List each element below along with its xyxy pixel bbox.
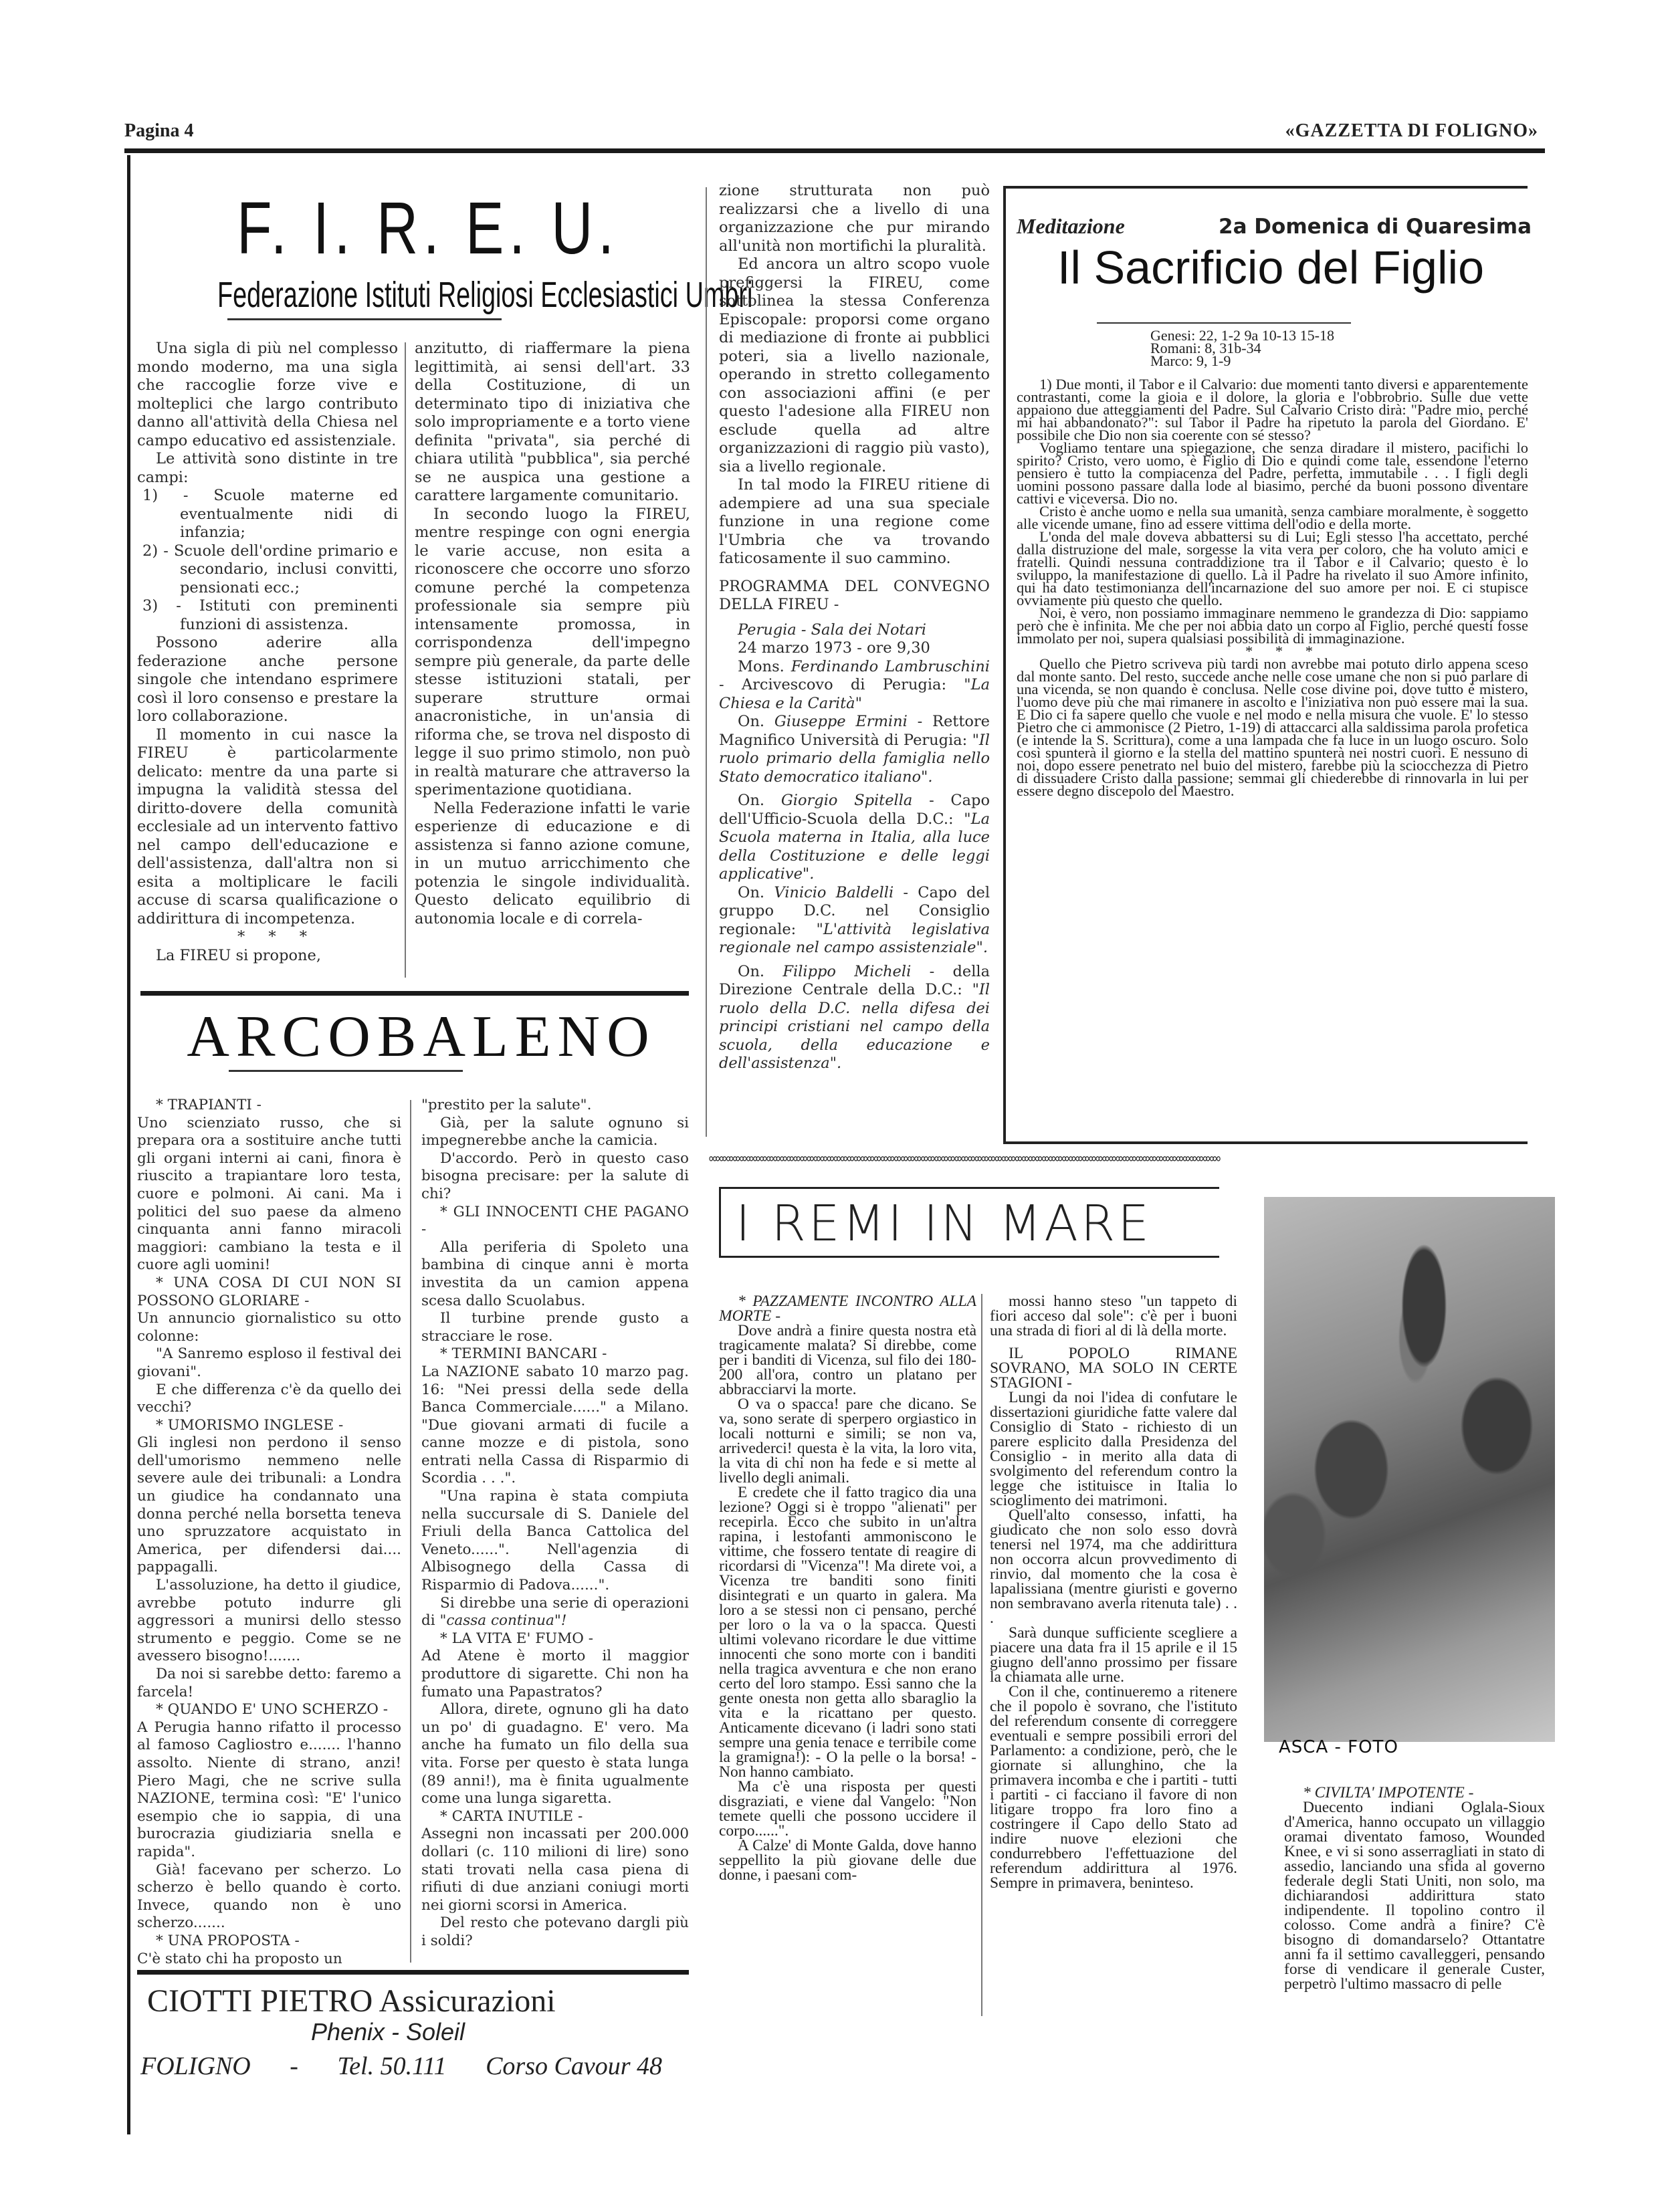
paragraph: In tal modo la FIREU ritiene di adempier… bbox=[719, 476, 990, 568]
paragraph: Duecento indiani Oglala-Sioux d'America,… bbox=[1284, 1800, 1545, 1991]
title-underline bbox=[1097, 322, 1351, 324]
paragraph: Il momento in cui nasce la FIREU è parti… bbox=[137, 726, 398, 929]
paragraph: D'accordo. Però in questo caso bisogna p… bbox=[421, 1150, 689, 1204]
meditation-header: Meditazione 2a Domenica di Quaresima bbox=[1017, 214, 1532, 239]
program-speaker: On. Giuseppe Ermini - Rettore Magnifico … bbox=[719, 713, 990, 786]
paragraph: Una sigla di più nel complesso mondo mod… bbox=[137, 340, 398, 450]
speaker-title: Mons. bbox=[738, 658, 785, 675]
program-speaker: On. Giorgio Spitella - Capo dell'Ufficio… bbox=[719, 792, 990, 884]
meditation-body: 1) Due monti, il Tabor e il Calvario: du… bbox=[1017, 378, 1528, 797]
paragraph: Già, per la salute ognuno si impegnerebb… bbox=[421, 1115, 689, 1150]
meditation-title: Il Sacrificio del Figlio bbox=[1017, 241, 1525, 294]
masthead-rule bbox=[124, 148, 1545, 153]
arcobaleno-column-2: "prestito per la salute". Già, per la sa… bbox=[421, 1097, 689, 1951]
remi-column-3: * CIVILTA' IMPOTENTE - Duecento indiani … bbox=[1284, 1785, 1545, 1991]
ad-rule bbox=[137, 1970, 689, 1975]
item-heading: IL POPOLO RIMANE SOVRANO, MA SOLO IN CER… bbox=[990, 1346, 1237, 1390]
program-venue: Perugia - Sala dei Notari bbox=[719, 621, 990, 640]
section-rule bbox=[140, 991, 689, 996]
ad-address: Corso Cavour 48 bbox=[486, 2052, 662, 2081]
paragraph: Vogliamo tentare una spiegazione, che se… bbox=[1017, 441, 1528, 505]
paragraph: Con il che, continueremo a ritenere che … bbox=[990, 1684, 1237, 1890]
remi-headline: I REMI IN MARE bbox=[736, 1195, 1152, 1252]
paragraph: Il turbine prende gusto a stracciare le … bbox=[421, 1310, 689, 1345]
speaker-title: On. bbox=[738, 963, 764, 980]
arcobaleno-headline: ARCOBALENO bbox=[134, 1003, 709, 1071]
newspaper-name: «GAZZETTA DI FOLIGNO» bbox=[1285, 120, 1538, 142]
program-heading: PROGRAMMA DEL CONVEGNO DELLA FIREU - bbox=[719, 578, 990, 615]
item-heading: * LA VITA E' FUMO - bbox=[421, 1630, 689, 1648]
paragraph: E credete che il fatto tragico dia una l… bbox=[719, 1485, 976, 1779]
paragraph: Alla periferia di Spoleto una bambina di… bbox=[421, 1239, 689, 1310]
list-item: 2) - Scuole dell'ordine primario e secon… bbox=[137, 542, 398, 598]
paragraph: Ma c'è una risposta per questi disgrazia… bbox=[719, 1779, 976, 1838]
program-date: 24 marzo 1973 - ore 9,30 bbox=[719, 639, 990, 658]
headline-underline bbox=[229, 1070, 463, 1072]
item-heading: * PAZZAMENTE INCONTRO ALLA MORTE - bbox=[719, 1294, 976, 1323]
liturgical-date: 2a Domenica di Quaresima bbox=[1219, 215, 1532, 239]
page-number: Pagina 4 bbox=[124, 120, 193, 142]
paragraph: Lungi da noi l'idea di confutare le diss… bbox=[990, 1390, 1237, 1508]
decorative-chain-border: ∞∞∞∞∞∞∞∞∞∞∞∞∞∞∞∞∞∞∞∞∞∞∞∞∞∞∞∞∞∞∞∞∞∞∞∞∞∞∞∞… bbox=[709, 1150, 1545, 1162]
speaker-name: Giuseppe Ermini bbox=[774, 713, 908, 730]
paragraph: C'è stato chi ha proposto un bbox=[137, 1951, 401, 1969]
fireu-column-3: zione strutturata non può realizzarsi ch… bbox=[719, 182, 990, 1073]
item-heading: * CARTA INUTILE - bbox=[421, 1808, 689, 1826]
program-speaker: On. Filippo Micheli - della Direzione Ce… bbox=[719, 963, 990, 1073]
fireu-column-1: Una sigla di più nel complesso mondo mod… bbox=[137, 340, 398, 965]
column-divider bbox=[981, 1294, 982, 2016]
ad-contact: FOLIGNO - Tel. 50.111 Corso Cavour 48 bbox=[140, 2052, 662, 2081]
paragraph: Ed ancora un altro scopo vuole prefigger… bbox=[719, 255, 990, 476]
column-divider bbox=[410, 1100, 411, 1963]
separator: - bbox=[290, 2052, 298, 2081]
item-heading: * TRAPIANTI - bbox=[137, 1097, 401, 1115]
item-heading: * UMORISMO INGLESE - bbox=[137, 1417, 401, 1435]
paragraph: Del resto che potevano dargli più i sold… bbox=[421, 1914, 689, 1950]
speaker-title: On. bbox=[738, 792, 764, 809]
paragraph: Uno scienziato russo, che si prepara ora… bbox=[137, 1115, 401, 1275]
photo-credit: ASCA - FOTO bbox=[1279, 1737, 1398, 1757]
paragraph: Quello che Pietro scriveva più tardi non… bbox=[1017, 657, 1528, 797]
fireu-subheadline: Federazione Istituti Religiosi Ecclesias… bbox=[217, 274, 639, 316]
ad-phone: Tel. 50.111 bbox=[338, 2052, 447, 2081]
arcobaleno-column-1: * TRAPIANTI - Uno scienziato russo, che … bbox=[137, 1097, 401, 1968]
paragraph: "prestito per la salute". bbox=[421, 1097, 689, 1115]
remi-column-1: * PAZZAMENTE INCONTRO ALLA MORTE - Dove … bbox=[719, 1294, 976, 1882]
speaker-title: On. bbox=[738, 884, 764, 901]
speaker-role: - Arcivescovo di Perugia: bbox=[719, 676, 964, 693]
paragraph: zione strutturata non può realizzarsi ch… bbox=[719, 182, 990, 255]
paragraph: In secondo luogo la FIREU, mentre respin… bbox=[415, 506, 690, 800]
activity-list: 1) - Scuole materne ed eventualmente nid… bbox=[137, 487, 398, 634]
remi-column-2: mossi hanno steso "un tappeto di fiori a… bbox=[990, 1294, 1237, 1890]
fireu-headline: F. I. R. E. U. bbox=[199, 186, 657, 271]
paragraph: Cristo è anche uomo e nella sua umanità,… bbox=[1017, 505, 1528, 530]
paragraph: A Calze' di Monte Galda, dove hanno sepp… bbox=[719, 1838, 976, 1882]
paragraph: "Una rapina è stata compiuta nella succu… bbox=[421, 1488, 689, 1595]
section-stars: * * * bbox=[137, 928, 398, 947]
paragraph: Gli inglesi non perdono il senso dell'um… bbox=[137, 1434, 401, 1577]
list-item: 3) - Istituti con preminenti funzioni di… bbox=[137, 597, 398, 634]
paragraph: Allora, direte, ognuno gli ha dato un po… bbox=[421, 1701, 689, 1808]
paragraph: Si direbbe una serie di operazioni di "c… bbox=[421, 1595, 689, 1630]
paragraph: Assegni non incassati per 200.000 dollar… bbox=[421, 1826, 689, 1914]
speaker-title: On. bbox=[738, 713, 764, 730]
paragraph: Ad Atene è morto il maggior produttore d… bbox=[421, 1648, 689, 1701]
news-photo bbox=[1264, 1197, 1555, 1742]
ad-headline: CIOTTI PIETRO Assicurazioni bbox=[147, 1983, 556, 2019]
paragraph: E che differenza c'è da quello dei vecch… bbox=[137, 1381, 401, 1417]
program-speaker: Mons. Ferdinando Lambruschini - Arcivesc… bbox=[719, 658, 990, 713]
ad-brands: Phenix - Soleil bbox=[221, 2018, 555, 2046]
item-heading: * CIVILTA' IMPOTENTE - bbox=[1284, 1785, 1545, 1800]
paragraph: L'onda del male doveva abbattersi su di … bbox=[1017, 530, 1528, 606]
meditation-label: Meditazione bbox=[1017, 214, 1125, 239]
paragraph: 1) Due monti, il Tabor e il Calvario: du… bbox=[1017, 378, 1528, 441]
scripture-refs: Genesi: 22, 1-2 9a 10-13 15-18 Romani: 8… bbox=[1150, 329, 1334, 367]
paragraph: Quell'alto consesso, infatti, ha giudica… bbox=[990, 1508, 1237, 1626]
paragraph: Nella Federazione infatti le varie esper… bbox=[415, 800, 690, 929]
paragraph: La FIREU si propone, bbox=[137, 947, 398, 966]
paragraph: Noi, è vero, non possiamo immaginare nem… bbox=[1017, 606, 1528, 645]
column-divider bbox=[706, 187, 707, 1137]
paragraph: O va o spacca! pare che dicano. Se va, s… bbox=[719, 1397, 976, 1485]
paragraph: L'assoluzione, ha detto il giudice, avre… bbox=[137, 1577, 401, 1666]
left-frame-rule bbox=[127, 155, 130, 2134]
paragraph: Dove andrà a finire questa nostra età tr… bbox=[719, 1323, 976, 1397]
item-heading: * QUANDO E' UNO SCHERZO - bbox=[137, 1701, 401, 1719]
paragraph: Da noi si sarebbe detto: faremo a farcel… bbox=[137, 1666, 401, 1701]
speaker-name: Ferdinando Lambruschini bbox=[791, 658, 990, 675]
headline-underline bbox=[227, 318, 502, 320]
paragraph: mossi hanno steso "un tappeto di fiori a… bbox=[990, 1294, 1237, 1338]
speaker-name: Vinicio Baldelli bbox=[774, 884, 894, 901]
emphasis: "cassa continua"! bbox=[439, 1612, 566, 1629]
speaker-name: Filippo Micheli bbox=[782, 963, 911, 980]
paragraph: Possono aderire alla federazione anche p… bbox=[137, 634, 398, 726]
list-item: 1) - Scuole materne ed eventualmente nid… bbox=[137, 487, 398, 542]
item-heading: * TERMINI BANCARI - bbox=[421, 1345, 689, 1363]
ad-city: FOLIGNO bbox=[140, 2052, 251, 2081]
ad-business: Assicurazioni bbox=[379, 1983, 556, 2019]
fireu-column-2: anzitutto, di riaffermare la piena legit… bbox=[415, 340, 690, 928]
item-heading: * UNA COSA DI CUI NON SI POSSONO GLORIAR… bbox=[137, 1275, 401, 1310]
paragraph: Sarà dunque sufficiente scegliere a piac… bbox=[990, 1626, 1237, 1684]
paragraph: Le attività sono distinte in tre campi: bbox=[137, 450, 398, 487]
paragraph: A Perugia hanno rifatto il processo al f… bbox=[137, 1719, 401, 1862]
paragraph: La NAZIONE sabato 10 marzo pag. 16: "Nei… bbox=[421, 1363, 689, 1488]
program-speaker: On. Vinicio Baldelli - Capo del gruppo D… bbox=[719, 884, 990, 958]
item-heading: * GLI INNOCENTI CHE PAGANO - bbox=[421, 1204, 689, 1239]
item-heading: * UNA PROPOSTA - bbox=[137, 1932, 401, 1951]
speaker-name: Giorgio Spitella bbox=[781, 792, 913, 809]
paragraph: Un annuncio giornalistico su otto colonn… bbox=[137, 1310, 401, 1345]
paragraph: anzitutto, di riaffermare la piena legit… bbox=[415, 340, 690, 506]
paragraph: Già! facevano per scherzo. Lo scherzo è … bbox=[137, 1862, 401, 1932]
ad-company-name: CIOTTI PIETRO bbox=[147, 1983, 373, 2019]
column-divider bbox=[405, 342, 406, 978]
paragraph: "A Sanremo esploso il festival dei giova… bbox=[137, 1345, 401, 1381]
